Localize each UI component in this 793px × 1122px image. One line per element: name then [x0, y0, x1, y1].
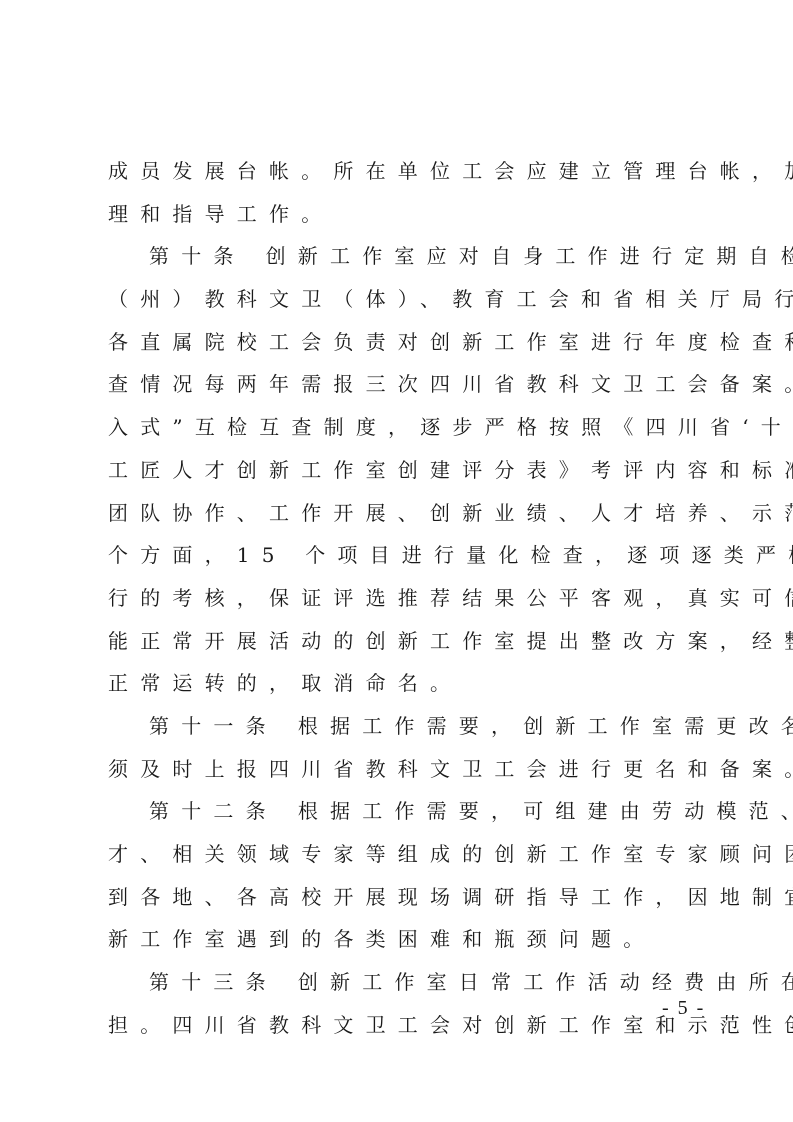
text-line: 入式”互检互查制度，逐步严格按照《四川省‘十佳’劳模和: [108, 406, 692, 449]
article-10-label: 第十条: [149, 244, 246, 268]
text-line: 个方面，15 个项目进行量化检查，逐项逐类严格打分。所进: [108, 534, 692, 577]
text-line: 担。四川省教科文卫工会对创新工作室和示范性创新工作室: [108, 1004, 692, 1047]
article-12-first-line: 第十二条根据工作需要，可组建由劳动模范、工匠人: [108, 790, 692, 833]
text-line: （州）教科文卫（体）、教育工会和省相关厅局行业工会、: [108, 278, 692, 321]
article-13-first-line: 第十三条创新工作室日常工作活动经费由所在单位承: [108, 961, 692, 1004]
text-line: 须及时上报四川省教科文卫工会进行更名和备案。: [108, 748, 692, 791]
text-line: 根据工作需要，创新工作室需更改名称的，: [298, 714, 793, 738]
text-line: 各直属院校工会负责对创新工作室进行年度检查和管理，检: [108, 321, 692, 364]
text-line: 能正常开展活动的创新工作室提出整改方案，经整改仍不能: [108, 620, 692, 663]
text-line: 查情况每两年需报三次四川省教科文卫工会备案。建立“融: [108, 363, 692, 406]
text-line: 团队协作、工作开展、创新业绩、人才培养、示范效应等 5: [108, 492, 692, 535]
document-page: 成员发展台帐。所在单位工会应建立管理台帐，加强日常管 理和指导工作。 第十条创新…: [0, 0, 793, 1122]
text-line: 创新工作室应对自身工作进行定期自检；市: [266, 244, 793, 268]
text-line: 正常运转的，取消命名。: [108, 662, 692, 705]
text-line: 根据工作需要，可组建由劳动模范、工匠人: [298, 799, 793, 823]
text-line: 工匠人才创新工作室创建评分表》考评内容和标准，分别从: [108, 449, 692, 492]
article-10-first-line: 第十条创新工作室应对自身工作进行定期自检；市: [108, 235, 692, 278]
text-line: 创新工作室日常工作活动经费由所在单位承: [298, 970, 793, 994]
text-line: 理和指导工作。: [108, 193, 692, 236]
article-11-label: 第十一条: [149, 714, 278, 738]
article-13-label: 第十三条: [149, 970, 278, 994]
document-body: 成员发展台帐。所在单位工会应建立管理台帐，加强日常管 理和指导工作。 第十条创新…: [108, 150, 692, 1046]
article-11-first-line: 第十一条根据工作需要，创新工作室需更改名称的，: [108, 705, 692, 748]
text-line: 才、相关领域专家等组成的创新工作室专家顾问团队，定期: [108, 833, 692, 876]
text-line: 新工作室遇到的各类困难和瓶颈问题。: [108, 918, 692, 961]
text-line: 行的考核，保证评选推荐结果公平客观，真实可信。对于不: [108, 577, 692, 620]
text-line: 到各地、各高校开展现场调研指导工作，因地制宜地解决创: [108, 876, 692, 919]
article-12-label: 第十二条: [149, 799, 278, 823]
text-line: 成员发展台帐。所在单位工会应建立管理台帐，加强日常管: [108, 150, 692, 193]
page-number: - 5 -: [662, 997, 705, 1020]
